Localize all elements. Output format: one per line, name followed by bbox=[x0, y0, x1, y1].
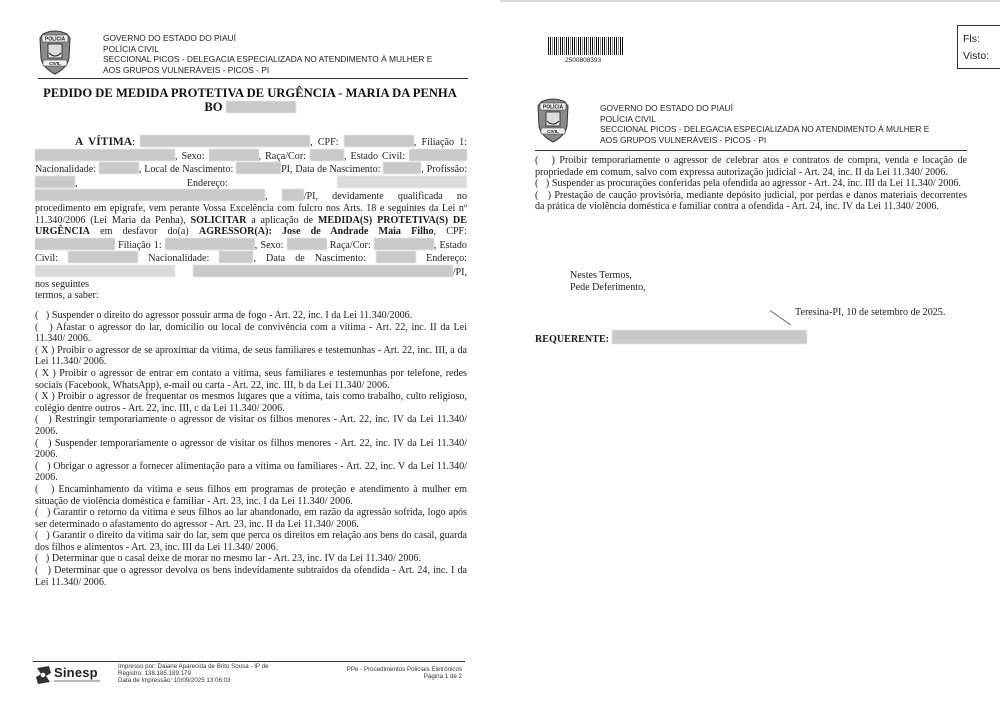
measure-checkbox: ( ) bbox=[535, 155, 555, 166]
measure-item: ( X ) Proibir o agressor de se aproximar… bbox=[35, 345, 467, 368]
victim-label: A VÍTIMA bbox=[75, 136, 132, 148]
solicitar-keyword: SOLICITAR bbox=[191, 215, 247, 226]
measure-item: ( ) Suspender o direito do agressor poss… bbox=[35, 310, 467, 322]
closing: Nestes Termos, Pede Deferimento, bbox=[570, 270, 646, 293]
svg-text:CIVIL: CIVIL bbox=[49, 61, 61, 66]
measure-checkbox: ( X ) bbox=[35, 368, 56, 379]
requerente-label: REQUERENTE: bbox=[535, 334, 609, 345]
letterhead-unit-line2: AOS GRUPOS VULNERÁVEIS - PICOS - PI bbox=[103, 65, 432, 76]
letterhead-government: GOVERNO DO ESTADO DO PIAUÍ bbox=[600, 103, 929, 114]
letterhead-police: POLÍCIA CIVIL bbox=[600, 114, 929, 125]
request-body: A VÍTIMA: , CPF: , Filiação 1: , Sexo: ,… bbox=[35, 135, 467, 302]
measure-item: ( ) Determinar que o agressor devolva os… bbox=[35, 565, 467, 588]
svg-text:CIVIL: CIVIL bbox=[547, 129, 559, 134]
redacted-filiacao bbox=[35, 149, 175, 161]
sexo-label: Sexo: bbox=[182, 151, 205, 162]
measure-checkbox: ( ) bbox=[35, 507, 50, 518]
request-text-3: em desfavor do(a) bbox=[100, 226, 189, 237]
redacted-bo-number bbox=[226, 101, 296, 113]
measure-text: Encaminhamento da vítima e seus filhos e… bbox=[35, 484, 467, 507]
victim-paragraph: A VÍTIMA: , CPF: , Filiação 1: , Sexo: ,… bbox=[35, 135, 467, 290]
measure-checkbox: ( ) bbox=[35, 322, 53, 333]
measure-text: Prestação de caução provisória, mediante… bbox=[535, 190, 967, 213]
measure-checkbox: ( ) bbox=[35, 553, 49, 564]
document-page-1: POLÍCIA CIVIL GOVERNO DO ESTADO DO PIAUÍ… bbox=[0, 0, 500, 717]
measure-text: Obrigar o agressor a fornecer alimentaçã… bbox=[35, 461, 467, 484]
policia-civil-badge-icon: POLÍCIA CIVIL bbox=[37, 28, 73, 76]
measure-text: Restringir temporariamente o agressor de… bbox=[35, 414, 467, 437]
estado-civil-label: Estado Civil: bbox=[351, 151, 405, 162]
agressor-sexo-label: , Sexo: bbox=[255, 240, 284, 251]
measure-checkbox: ( ) bbox=[35, 461, 50, 472]
redacted-estado-civil bbox=[409, 149, 467, 161]
fls-visto-box bbox=[957, 25, 1000, 69]
redacted-agressor-nacionalidade bbox=[219, 251, 253, 263]
measures-list-page-2: ( ) Proibir temporariamente o agressor d… bbox=[535, 155, 967, 213]
letterhead-government: GOVERNO DO ESTADO DO PIAUÍ bbox=[103, 33, 432, 44]
agressor-nacionalidade-label: Nacionalidade: bbox=[148, 253, 209, 264]
redacted-requerente-name bbox=[612, 330, 807, 344]
barcode bbox=[548, 37, 624, 55]
agressor-label: AGRESSOR(A): bbox=[199, 226, 272, 237]
measure-checkbox: ( ) bbox=[35, 438, 52, 449]
measure-text: Suspender temporariamente o agressor de … bbox=[35, 438, 467, 461]
measure-item: ( ) Afastar o agressor do lar, domicílio… bbox=[35, 322, 467, 345]
measure-item: ( ) Suspender temporariamente o agressor… bbox=[35, 438, 467, 461]
print-date: Data de Impressão: 10/09/2025 13:06:03 bbox=[118, 677, 269, 684]
agressor-endereco-label: Endereço: bbox=[426, 253, 467, 264]
header-divider bbox=[38, 78, 468, 79]
bo-label: BO bbox=[204, 100, 222, 114]
agressor-filiacao-label: Filiação 1: bbox=[118, 240, 162, 251]
request-text-2: a aplicação de bbox=[251, 215, 313, 226]
svg-text:POLÍCIA: POLÍCIA bbox=[543, 103, 564, 111]
agressor-cpf-label: , CPF: bbox=[434, 226, 467, 237]
bo-number: BO bbox=[0, 100, 500, 115]
measures-list: ( ) Suspender o direito do agressor poss… bbox=[35, 310, 467, 588]
measure-item: ( ) Garantir o retorno da vítima e seus … bbox=[35, 507, 467, 530]
system-name: PPe - Procedimentos Policiais Eletrônico… bbox=[310, 666, 462, 673]
measure-checkbox: ( ) bbox=[35, 310, 49, 321]
closing-line-2: Pede Deferimento, bbox=[570, 282, 646, 294]
fls-label: Fls: bbox=[963, 33, 980, 45]
measure-text: Proibir o agressor de entrar em contato … bbox=[35, 368, 467, 391]
measure-item: ( X ) Proibir o agressor de frequentar o… bbox=[35, 391, 467, 414]
redacted-city bbox=[282, 189, 304, 201]
victim-uf: /PI, devidamente bbox=[304, 191, 384, 202]
letterhead-police: POLÍCIA CIVIL bbox=[103, 44, 432, 55]
redacted-victim-cpf bbox=[344, 135, 414, 147]
redacted-agressor-estado-civil bbox=[68, 251, 138, 263]
measure-item: ( ) Obrigar o agressor a fornecer alimen… bbox=[35, 461, 467, 484]
agressor-raca-label: Raça/Cor: bbox=[330, 240, 371, 251]
measure-checkbox: ( ) bbox=[35, 414, 52, 425]
requerente: REQUERENTE: bbox=[535, 330, 807, 346]
nacionalidade-label: Nacionalidade: bbox=[35, 164, 96, 175]
measure-text: Determinar que o casal deixe de morar no… bbox=[52, 553, 421, 564]
letterhead-page-2: GOVERNO DO ESTADO DO PIAUÍ POLÍCIA CIVIL… bbox=[600, 103, 929, 145]
measure-item: ( ) Prestação de caução provisória, medi… bbox=[535, 190, 967, 213]
document-title: PEDIDO DE MEDIDA PROTETIVA DE URGÊNCIA -… bbox=[0, 86, 500, 101]
measure-text: Garantir o retorno da vítima e seus filh… bbox=[35, 507, 467, 530]
measure-text: Proibir temporariamente o agressor de ce… bbox=[535, 155, 967, 178]
redacted-agressor-raca bbox=[374, 238, 434, 250]
measure-checkbox: ( X ) bbox=[35, 391, 55, 402]
termos-intro: termos, a saber: bbox=[35, 290, 467, 302]
page-number: Página 1 de 2 bbox=[310, 673, 462, 680]
letterhead-unit-line2: AOS GRUPOS VULNERÁVEIS - PICOS - PI bbox=[600, 135, 929, 146]
redacted-sexo bbox=[209, 149, 259, 161]
letterhead: GOVERNO DO ESTADO DO PIAUÍ POLÍCIA CIVIL… bbox=[103, 33, 432, 75]
printed-by: Impresso por: Daiane Aparecida de Brito … bbox=[118, 663, 269, 670]
measure-text: Proibir o agressor de se aproximar da ví… bbox=[35, 345, 467, 368]
redacted-local-nascimento bbox=[236, 162, 281, 174]
letterhead-unit-line1: SECCIONAL PICOS - DELEGACIA ESPECIALIZAD… bbox=[103, 54, 432, 65]
measure-item: ( X ) Proibir o agressor de entrar em co… bbox=[35, 368, 467, 391]
redacted-agressor-cpf bbox=[35, 238, 115, 250]
measure-checkbox: ( ) bbox=[535, 178, 549, 189]
measure-item: ( ) Restringir temporariamente o agresso… bbox=[35, 414, 467, 437]
measure-item: ( ) Garantir o direito da vítima sair do… bbox=[35, 530, 467, 553]
closing-line-1: Nestes Termos, bbox=[570, 270, 646, 282]
redacted-raca bbox=[310, 149, 344, 161]
footer-divider bbox=[33, 661, 465, 662]
redacted-birthdate bbox=[383, 162, 421, 174]
measure-text: Garantir o direito da vítima sair do lar… bbox=[35, 530, 467, 553]
redacted-agressor-sexo bbox=[287, 238, 327, 250]
redacted-agressor-address-2 bbox=[193, 265, 453, 277]
redacted-agressor-address-1 bbox=[35, 265, 175, 277]
filiacao-label: Filiação 1: bbox=[421, 137, 467, 148]
redacted-nacionalidade bbox=[99, 162, 139, 174]
policia-civil-badge-icon: POLÍCIA CIVIL bbox=[535, 96, 571, 144]
redacted-agressor-birthdate bbox=[376, 251, 416, 263]
cpf-label: CPF: bbox=[318, 137, 339, 148]
measure-text: Proibir o agressor de frequentar os mesm… bbox=[35, 391, 467, 414]
agressor-name: Jose de Andrade Maia Filho bbox=[282, 226, 434, 237]
header-divider-page-2 bbox=[535, 150, 967, 151]
redacted-profissao bbox=[35, 176, 75, 188]
measure-text: Determinar que o agressor devolva os ben… bbox=[35, 565, 467, 588]
system-info: PPe - Procedimentos Policiais Eletrônico… bbox=[310, 666, 462, 680]
print-info: Impresso por: Daiane Aparecida de Brito … bbox=[118, 663, 269, 684]
measure-checkbox: ( X ) bbox=[35, 345, 54, 356]
place-date: Teresina-PI, 10 de setembro de 2025. bbox=[795, 307, 945, 319]
measure-checkbox: ( ) bbox=[35, 565, 51, 576]
nascimento-label: Nascimento: bbox=[329, 164, 380, 175]
measure-checkbox: ( ) bbox=[35, 530, 50, 541]
ip-registro: Registro: 138.185.189.179 bbox=[118, 670, 269, 677]
data-label: Data de bbox=[295, 164, 326, 175]
local-nascimento-uf: PI, bbox=[281, 164, 293, 175]
measure-checkbox: ( ) bbox=[35, 484, 54, 495]
measure-item: ( ) Encaminhamento da vítima e seus filh… bbox=[35, 484, 467, 507]
redacted-address-2 bbox=[35, 189, 265, 201]
raca-label: Raça/Cor: bbox=[265, 151, 306, 162]
endereco-label: Endereço: bbox=[187, 178, 228, 189]
measure-item: ( ) Determinar que o casal deixe de mora… bbox=[35, 553, 467, 565]
redacted-victim-name bbox=[140, 135, 310, 147]
agressor-birthdate-label: , Data de Nascimento: bbox=[253, 253, 365, 264]
redacted-agressor-filiacao bbox=[165, 238, 255, 250]
visto-label: Visto: bbox=[963, 50, 989, 62]
letterhead-unit-line1: SECCIONAL PICOS - DELEGACIA ESPECIALIZAD… bbox=[600, 124, 929, 135]
measure-text: Afastar o agressor do lar, domicílio ou … bbox=[35, 322, 467, 345]
barcode-number: 2500808393 bbox=[565, 57, 601, 64]
sinesp-logo-text: Sinesp bbox=[54, 665, 98, 680]
profissao-label: Profissão: bbox=[427, 164, 467, 175]
measure-checkbox: ( ) bbox=[535, 190, 551, 201]
local-nascimento-label: Local de Nascimento: bbox=[144, 164, 233, 175]
svg-text:POLÍCIA: POLÍCIA bbox=[45, 35, 66, 43]
sinesp-tagline bbox=[54, 680, 100, 682]
measure-item: ( ) Suspender as procurações conferidas … bbox=[535, 178, 967, 190]
measure-text: Suspender as procurações conferidas pela… bbox=[552, 178, 961, 189]
measure-text: Suspender o direito do agressor possuir … bbox=[52, 310, 412, 321]
redacted-address-1 bbox=[337, 176, 467, 188]
measure-item: ( ) Proibir temporariamente o agressor d… bbox=[535, 155, 967, 178]
